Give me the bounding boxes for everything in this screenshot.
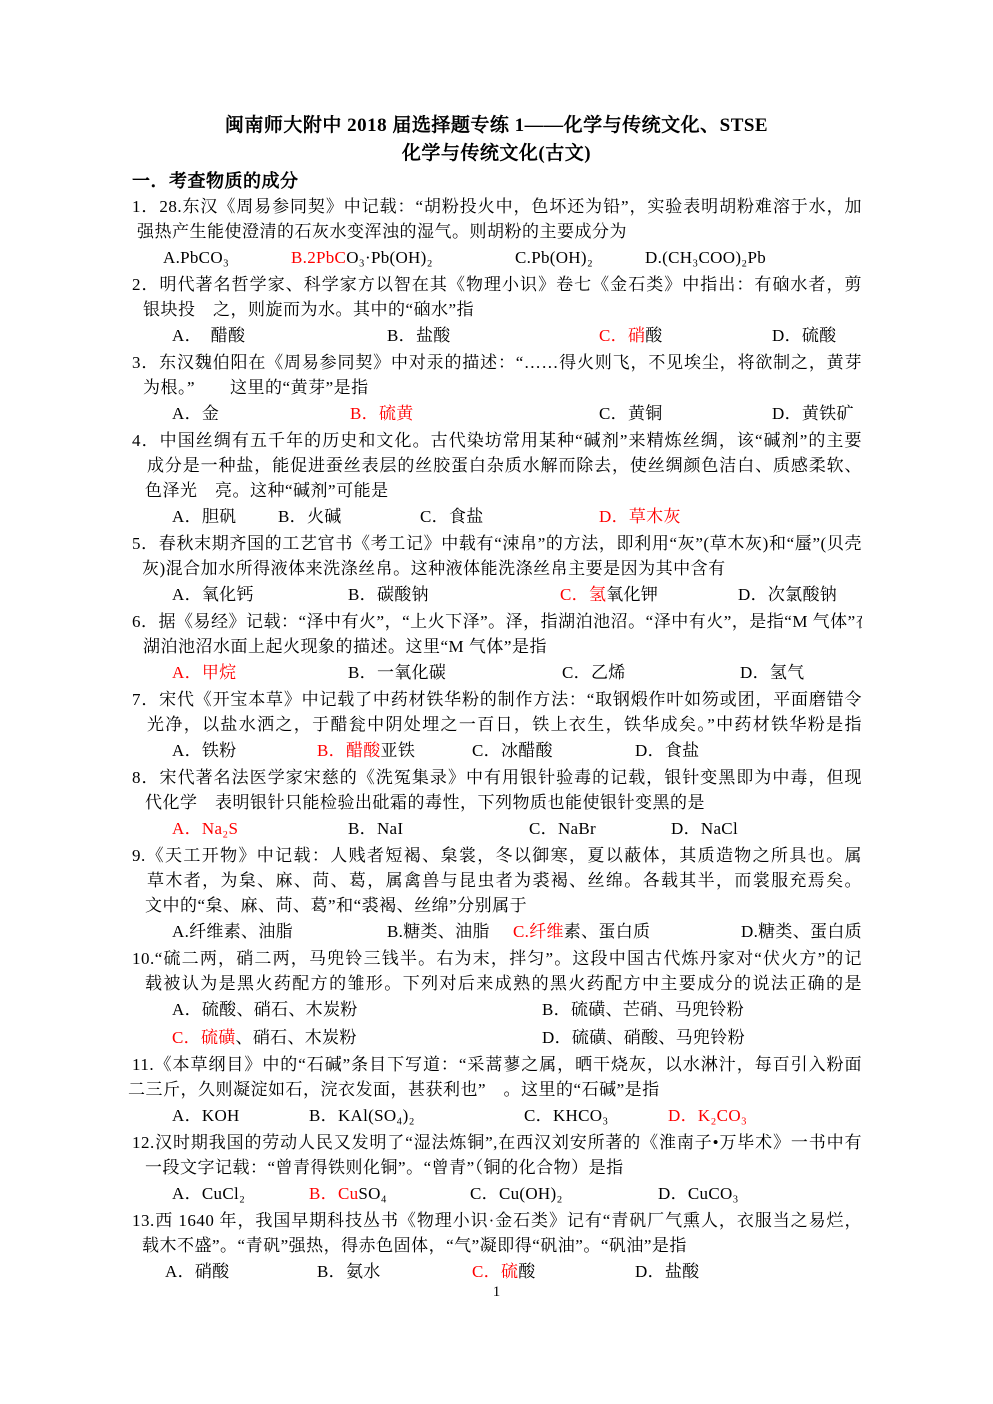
q3-option-d: D．黄铁矿 xyxy=(772,400,854,428)
questions-list: 1．28.东汉《周易参同契》中记载：“胡粉投火中，色坏还为铅”，实验表明胡粉难溶… xyxy=(132,194,862,1286)
q6-option-c: C．乙烯 xyxy=(562,659,740,687)
question-10: 10.“硫二两，硝二两，马兜铃三钱半。右为末，拌匀”。这段中国古代炼丹家对“伏火… xyxy=(132,946,862,1052)
question-11-line-1: 11.《本草纲目》中的“石碱”条目下写道：“采蒿蓼之属，晒干烧灰，以水淋汁，每百… xyxy=(132,1052,862,1077)
question-7-line-1: 7．宋代《开宝本草》中记载了中药材铁华粉的制作方法：“取钢煅作叶如笏或团，平面磨… xyxy=(132,687,862,712)
page-number: 1 xyxy=(0,1282,993,1302)
question-8: 8．宋代著名法医学家宋慈的《洗冤集录》中有用银针验毒的记载，银针变黑即为中毒，但… xyxy=(132,765,862,843)
question-7-options: A．铁粉B．醋酸亚铁C．冰醋酸D．食盐 xyxy=(132,737,862,765)
question-3-line-1: 3．东汉魏伯阳在《周易参同契》中对汞的描述：“……得火则飞，不见埃尘，将欲制之，… xyxy=(132,350,862,375)
question-4-options: A．胆矾B．火碱C．食盐D．草木灰 xyxy=(132,503,862,531)
question-2-line-2: 银块投 之，则旋而为水。其中的“硇水”指 xyxy=(132,297,862,322)
q1-option-b: B.2PbCO₃·Pb(OH)₂ xyxy=(291,244,515,272)
question-11-line-2: 二三斤，久则凝淀如石，浣衣发面，甚获利也” 。这里的“石碱”是指 xyxy=(128,1077,862,1102)
q3-option-c: C．黄铜 xyxy=(599,400,772,428)
q5-option-b: B．碳酸钠 xyxy=(348,581,560,609)
question-9-options: A.纤维素、油脂B.糖类、油脂C.纤维素、蛋白质D.糖类、蛋白质 xyxy=(132,918,862,946)
q12-option-b: B．CuSO₄ xyxy=(309,1180,470,1208)
question-2-line-1: 2．明代著名哲学家、科学家方以智在其《物理小识》卷七《金石类》中指出：有硇水者，… xyxy=(132,272,862,297)
question-3-line-2: 为根。” 这里的“黄芽”是指 xyxy=(132,375,862,400)
question-8-line-1: 8．宋代著名法医学家宋慈的《洗冤集录》中有用银针验毒的记载，银针变黑即为中毒，但… xyxy=(132,765,862,790)
q2-option-b: B．盐酸 xyxy=(387,322,599,350)
q5-option-c: C．氢氧化钾 xyxy=(560,581,738,609)
question-5-line-1: 5．春秋末期齐国的工艺官书《考工记》中载有“涑帛”的方法，即利用“灰”(草木灰)… xyxy=(132,531,862,556)
question-9-line-1: 9.《天工开物》中记载：人贱者短褐、枲裳，冬以御寒，夏以蔽体，其质造物之所具也。… xyxy=(132,843,862,868)
q9-option-a: A.纤维素、油脂 xyxy=(172,918,387,946)
q2-option-c: C．硝酸 xyxy=(599,322,772,350)
q8-option-c: C．NaBr xyxy=(529,815,671,843)
doc-subtitle: 化学与传统文化(古文) xyxy=(0,140,993,168)
q6-option-a: A．甲烷 xyxy=(172,659,348,687)
q6-option-b: B．一氧化碳 xyxy=(348,659,562,687)
q10-option-d: D．硫磺、硝酸、马兜铃粉 xyxy=(542,1024,745,1052)
q2-option-d: D．硫酸 xyxy=(772,322,836,350)
question-7: 7．宋代《开宝本草》中记载了中药材铁华粉的制作方法：“取钢煅作叶如笏或团，平面磨… xyxy=(132,687,862,765)
question-12-line-1: 12.汉时期我国的劳动人民又发明了“湿法炼铜”,在西汉刘安所著的《淮南子•万毕术… xyxy=(132,1130,862,1155)
q4-option-b: B．火碱 xyxy=(278,503,420,531)
question-1-options: A.PbCO₃B.2PbCO₃·Pb(OH)₂C.Pb(OH)₂D.(CH₃CO… xyxy=(132,244,862,272)
q11-option-b: B．KAl(SO₄)₂ xyxy=(309,1102,524,1130)
question-1: 1．28.东汉《周易参同契》中记载：“胡粉投火中，色坏还为铅”，实验表明胡粉难溶… xyxy=(132,194,862,272)
q11-option-c: C．KHCO₃ xyxy=(524,1102,668,1130)
question-4-line-1: 4．中国丝绸有五千年的历史和文化。古代染坊常用某种“碱剂”来精炼丝绸，该“碱剂”… xyxy=(132,428,862,453)
q1-option-a: A.PbCO₃ xyxy=(163,244,291,272)
q1-option-c: C.Pb(OH)₂ xyxy=(515,244,645,272)
document-page: 闽南师大附中 2018 届选择题专练 1——化学与传统文化、STSE 化学与传统… xyxy=(0,0,993,1404)
question-5-options: A．氧化钙B．碳酸钠C．氢氧化钾D．次氯酸钠 xyxy=(132,581,862,609)
question-3: 3．东汉魏伯阳在《周易参同契》中对汞的描述：“……得火则飞，不见埃尘，将欲制之，… xyxy=(132,350,862,428)
question-8-options: A．Na₂SB．NaIC．NaBrD．NaCl xyxy=(132,815,862,843)
q4-option-a: A．胆矾 xyxy=(172,503,278,531)
question-6-line-1: 6．据《易经》记载：“泽中有火”，“上火下泽”。泽，指湖泊池沼。“泽中有火”，是… xyxy=(132,609,862,634)
question-10-line-2: 载被认为是黑火药配方的雏形。下列对后来成熟的黑火药配方中主要成分的说法正确的是 xyxy=(132,971,862,996)
question-6-options: A．甲烷B．一氧化碳C．乙烯D．氢气 xyxy=(132,659,862,687)
question-2: 2．明代著名哲学家、科学家方以智在其《物理小识》卷七《金石类》中指出：有硇水者，… xyxy=(132,272,862,350)
q10-option-a: A．硫酸、硝石、木炭粉 xyxy=(172,996,542,1024)
section-heading: 一．考查物质的成分 xyxy=(132,168,993,194)
question-9: 9.《天工开物》中记载：人贱者短褐、枲裳，冬以御寒，夏以蔽体，其质造物之所具也。… xyxy=(132,843,862,946)
q2-option-a: A． 醋酸 xyxy=(172,322,387,350)
question-10-options-row-2: C．硫磺、硝石、木炭粉D．硫磺、硝酸、马兜铃粉 xyxy=(132,1024,862,1052)
doc-title: 闽南师大附中 2018 届选择题专练 1——化学与传统文化、STSE xyxy=(0,112,993,140)
question-2-options: A． 醋酸B．盐酸C．硝酸D．硫酸 xyxy=(132,322,862,350)
q10-option-c: C．硫磺、硝石、木炭粉 xyxy=(172,1024,542,1052)
q9-option-d: D.糖类、蛋白质 xyxy=(741,918,862,946)
question-12-options: A．CuCl₂B．CuSO₄C．Cu(OH)₂D．CuCO₃ xyxy=(132,1180,862,1208)
q9-option-c: C.纤维素、蛋白质 xyxy=(513,918,741,946)
q5-option-d: D．次氯酸钠 xyxy=(738,581,837,609)
q7-option-b: B．醋酸亚铁 xyxy=(317,737,472,765)
question-12-line-2: 一段文字记载：“曾青得铁则化铜”。“曾青”（铜的化合物）是指 xyxy=(132,1155,862,1180)
q7-option-a: A．铁粉 xyxy=(172,737,317,765)
q4-option-d: D．草木灰 xyxy=(599,503,681,531)
q5-option-a: A．氧化钙 xyxy=(172,581,348,609)
question-10-options-row-1: A．硫酸、硝石、木炭粉B．硫磺、芒硝、马兜铃粉 xyxy=(132,996,862,1024)
question-1-line-1: 1．28.东汉《周易参同契》中记载：“胡粉投火中，色坏还为铅”，实验表明胡粉难溶… xyxy=(132,194,862,219)
q11-option-a: A．KOH xyxy=(172,1102,309,1130)
q3-option-a: A．金 xyxy=(172,400,350,428)
question-9-line-2: 草木者，为枲、麻、苘、葛，属禽兽与昆虫者为裘褐、丝绵。各载其半，而裳服充焉矣。 xyxy=(132,868,862,893)
q7-option-d: D．食盐 xyxy=(635,737,699,765)
question-9-line-3: 文中的“枲、麻、苘、葛”和“裘褐、丝绵”分别属于 xyxy=(132,893,862,918)
question-4-line-2: 成分是一种盐，能促进蚕丝表层的丝胶蛋白杂质水解而除去，使丝绸颜色洁白、质感柔软、 xyxy=(132,453,862,478)
question-4: 4．中国丝绸有五千年的历史和文化。古代染坊常用某种“碱剂”来精炼丝绸，该“碱剂”… xyxy=(132,428,862,531)
question-8-line-2: 代化学 表明银针只能检验出砒霜的毒性，下列物质也能使银针变黑的是 xyxy=(132,790,862,815)
question-11: 11.《本草纲目》中的“石碱”条目下写道：“采蒿蓼之属，晒干烧灰，以水淋汁，每百… xyxy=(132,1052,862,1130)
q9-option-b: B.糖类、油脂 xyxy=(387,918,513,946)
q12-option-a: A．CuCl₂ xyxy=(172,1180,309,1208)
question-6-line-2: 湖泊池沼水面上起火现象的描述。这里“M 气体”是指 xyxy=(132,634,862,659)
question-12: 12.汉时期我国的劳动人民又发明了“湿法炼铜”,在西汉刘安所著的《淮南子•万毕术… xyxy=(132,1130,862,1208)
question-6: 6．据《易经》记载：“泽中有火”，“上火下泽”。泽，指湖泊池沼。“泽中有火”，是… xyxy=(132,609,862,687)
question-3-options: A．金B．硫黄C．黄铜D．黄铁矿 xyxy=(132,400,862,428)
q12-option-d: D．CuCO₃ xyxy=(658,1180,739,1208)
q4-option-c: C．食盐 xyxy=(420,503,599,531)
q6-option-d: D．氢气 xyxy=(740,659,804,687)
q10-option-b: B．硫磺、芒硝、马兜铃粉 xyxy=(542,996,744,1024)
question-1-line-2: 强热产生能使澄清的石灰水变浑浊的湿气。则胡粉的主要成分为 xyxy=(132,219,862,244)
q12-option-c: C．Cu(OH)₂ xyxy=(470,1180,658,1208)
q11-option-d: D．K₂CO₃ xyxy=(668,1102,747,1130)
question-5-line-2: 灰)混合加水所得液体来洗涤丝帛。这种液体能洗涤丝帛主要是因为其中含有 xyxy=(132,556,862,581)
q8-option-a: A．Na₂S xyxy=(172,815,348,843)
question-13-line-1: 13.西 1640 年，我国早期科技丛书《物理小识·金石类》记有“青矾厂气熏人，… xyxy=(132,1208,862,1233)
question-5: 5．春秋末期齐国的工艺官书《考工记》中载有“涑帛”的方法，即利用“灰”(草木灰)… xyxy=(132,531,862,609)
question-13-line-2: 载木不盛”。“青矾”强热，得赤色固体，“气”凝即得“矾油”。“矾油”是指 xyxy=(132,1233,862,1258)
q7-option-c: C．冰醋酸 xyxy=(472,737,635,765)
q3-option-b: B．硫黄 xyxy=(350,400,599,428)
question-11-options: A．KOHB．KAl(SO₄)₂C．KHCO₃D．K₂CO₃ xyxy=(132,1102,862,1130)
question-10-line-1: 10.“硫二两，硝二两，马兜铃三钱半。右为末，拌匀”。这段中国古代炼丹家对“伏火… xyxy=(132,946,862,971)
q8-option-b: B．NaI xyxy=(348,815,529,843)
question-7-line-2: 光净，以盐水洒之，于醋瓮中阴处埋之一百日，铁上衣生，铁华成矣。”中药材铁华粉是指 xyxy=(132,712,862,737)
question-4-line-3: 色泽光 亮。这种“碱剂”可能是 xyxy=(132,478,862,503)
q1-option-d: D.(CH₃COO)₂Pb xyxy=(645,244,766,272)
q8-option-d: D．NaCl xyxy=(671,815,738,843)
question-13: 13.西 1640 年，我国早期科技丛书《物理小识·金石类》记有“青矾厂气熏人，… xyxy=(132,1208,862,1286)
